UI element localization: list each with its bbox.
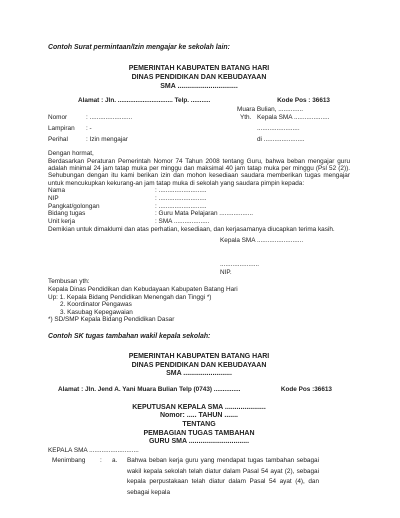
tembusan-heading: Tembusan yth: [48, 278, 350, 286]
recipient-yth: Yth. [240, 114, 257, 125]
salutation: Dengan hormat, [48, 150, 350, 158]
menimbang-item-marker: a. [112, 456, 127, 499]
address-line-2: Alamat : Jln. Jend A. Yani Muara Bulian … [58, 386, 240, 394]
decision-title-line-1: KEPUTUSAN KEPALA SMA ...................… [48, 404, 350, 413]
decision-title-line-4: PEMBAGIAN TUGAS TAMBAHAN [48, 430, 350, 439]
address-row-2: Alamat : Jln. Jend A. Yani Muara Bulian … [48, 386, 350, 394]
meta-row-nomor: Nomor : ........................ Yth. Ke… [48, 114, 350, 125]
recipient-spacer [240, 136, 257, 147]
letterhead-1: PEMERINTAH KABUPATEN BATANG HARI DINAS P… [48, 64, 350, 91]
decision-title-block: KEPUTUSAN KEPALA SMA ...................… [48, 404, 350, 447]
menimbang-label: Menimbang [52, 456, 100, 499]
meta-value-lampiran: : - [86, 125, 92, 136]
meta-value-nomor: : ........................ [86, 114, 132, 125]
field-value-pangkat: : ........................... [155, 203, 207, 211]
org-name-line: PEMERINTAH KABUPATEN BATANG HARI [48, 64, 350, 73]
field-label-nip: NIP [48, 195, 155, 203]
field-value-bidang-tugas: : Guru Mata Pelajaran ..................… [155, 210, 253, 218]
tembusan-footnote: *) SD/SMP Kepala Bidang Pendidikan Dasar [48, 316, 350, 324]
menimbang-text: Bahwa beban kerja guru yang mendapat tug… [127, 456, 319, 499]
recipient-row-3: di ....................... [240, 136, 305, 147]
signature-name-line: ...................... [220, 261, 350, 269]
field-row-pangkat: Pangkat/golongan : .....................… [48, 203, 350, 211]
meta-row-lampiran: Lampiran : - ........................ [48, 125, 350, 136]
meta-label-nomor: Nomor [48, 114, 86, 125]
document-page: Contoh Surat permintaan/Izin mengajar ke… [0, 0, 400, 518]
date-place-line: Muara Bulian, .............. [237, 106, 350, 114]
field-label-unit-kerja: Unit kerja [48, 218, 155, 226]
org-school-line-2: SMA ......................... [48, 370, 350, 379]
postal-code-2: Kode Pos :36613 [281, 386, 332, 394]
recipient-row-1: Yth. Kepala SMA .................... [240, 114, 329, 125]
recipient-line-2: ........................ [257, 125, 300, 136]
field-row-unit-kerja: Unit kerja : SMA .................... [48, 218, 350, 226]
signature-block: Kepala SMA .......................... ..… [220, 237, 350, 276]
decision-title-line-2: Nomor: ..... TAHUN ....... [48, 412, 350, 421]
tembusan-line-3: 2. Koordinator Pengawas [48, 301, 350, 309]
recipient-spacer [240, 125, 257, 136]
recipient-line-3: di ....................... [257, 136, 305, 147]
letter-example-note: Contoh Surat permintaan/Izin mengajar ke… [48, 44, 350, 52]
meta-label-perihal: Perihal [48, 136, 86, 147]
meta-label-lampiran: Lampiran [48, 125, 86, 136]
sk-example-note: Contoh SK tugas tambahan wakil kepala se… [48, 333, 350, 341]
menimbang-colon: : [100, 456, 112, 499]
field-value-unit-kerja: : SMA .................... [155, 218, 209, 226]
field-value-nip: : ........................... [155, 195, 207, 203]
address-row-1: Alamat : Jln. ..........................… [48, 97, 350, 105]
recipient-name: Kepala SMA .................... [257, 114, 329, 125]
meta-left: Lampiran : - [48, 125, 240, 136]
tembusan-line-4: 3. Kasubag Kepegawaian [48, 309, 350, 317]
tembusan-block: Tembusan yth: Kepala Dinas Pendidikan da… [48, 278, 350, 324]
address-line-1: Alamat : Jln. ..........................… [78, 97, 210, 105]
signature-nip: NIP. [220, 269, 350, 277]
recipient-row-2: ........................ [240, 125, 300, 136]
decision-title-line-5: GURU SMA ............................... [48, 438, 350, 447]
letterhead-2: PEMERINTAH KABUPATEN BATANG HARI DINAS P… [48, 353, 350, 379]
meta-row-perihal: Perihal : Izin mengajar di .............… [48, 136, 350, 147]
field-label-pangkat: Pangkat/golongan [48, 203, 155, 211]
field-row-nip: NIP : ........................... [48, 195, 350, 203]
signature-title: Kepala SMA .......................... [220, 237, 350, 245]
field-label-nama: Nama [48, 187, 155, 195]
meta-value-perihal: : Izin mengajar [86, 136, 128, 147]
field-row-nama: Nama : ........................... [48, 187, 350, 195]
closing-paragraph: Demikian untuk dimaklumi dan atas perhat… [48, 226, 350, 234]
org-school-line: SMA ............................... [48, 82, 350, 91]
field-label-bidang-tugas: Bidang tugas [48, 210, 155, 218]
meta-left: Nomor : ........................ [48, 114, 240, 125]
menimbang-row: Menimbang : a. Bahwa beban kerja guru ya… [48, 456, 350, 499]
tembusan-line-1: Kepala Dinas Pendidikan dan Kebudayaan K… [48, 286, 350, 294]
body-paragraph: Berdasarkan Peraturan Pemerintah Nomor 7… [48, 158, 350, 188]
decision-title-line-3: TENTANG [48, 421, 350, 430]
org-name-line-2: PEMERINTAH KABUPATEN BATANG HARI [48, 353, 350, 362]
org-dept-line-2: DINAS PENDIDIKAN DAN KEBUDAYAAN [48, 362, 350, 371]
tembusan-line-2: Up: 1. Kepala Bidang Pendidikan Menengah… [48, 294, 350, 302]
kepala-sma-line: KEPALA SMA ............................ [48, 447, 350, 455]
postal-code-1: Kode Pos : 36613 [277, 97, 330, 105]
org-dept-line: DINAS PENDIDIKAN DAN KEBUDAYAAN [48, 73, 350, 82]
meta-left: Perihal : Izin mengajar [48, 136, 240, 147]
field-value-nama: : ........................... [155, 187, 207, 195]
field-row-bidang-tugas: Bidang tugas : Guru Mata Pelajaran .....… [48, 210, 350, 218]
